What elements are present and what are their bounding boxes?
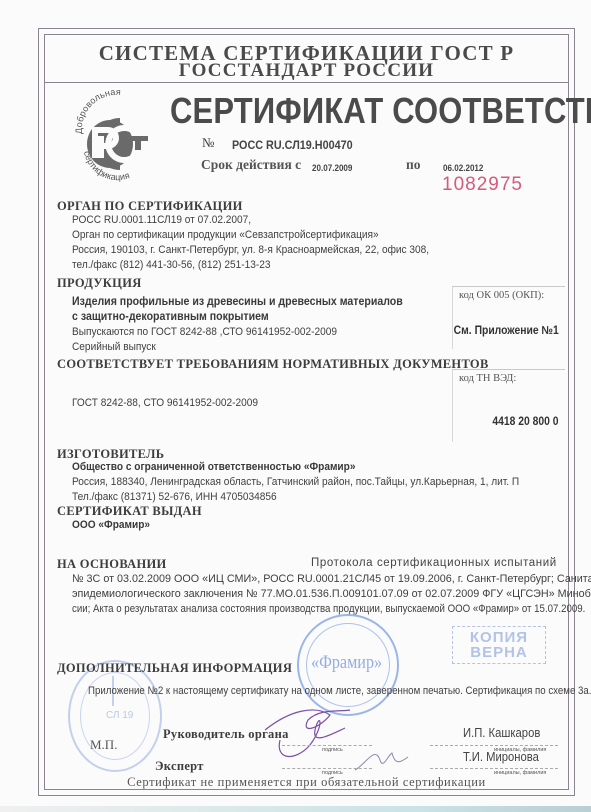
copy-certified-stamp: КОПИЯ ВЕРНА (452, 626, 546, 664)
form-serial-number: 1082975 (442, 174, 523, 196)
copy-stamp-line2: ВЕРНА (453, 645, 545, 660)
head-signature-caption: подпись (322, 747, 343, 753)
tnved-code-label: код ТН ВЭД: (459, 373, 516, 384)
expert-signature-icon (350, 735, 410, 775)
tnved-code-box: код ТН ВЭД: 4418 20 800 0 (452, 369, 565, 442)
basis-line: эпидемиологического заключения № 77.МО.0… (72, 588, 542, 600)
okp-code-box: код ОК 005 (ОКП): См. Приложение №1 (452, 286, 565, 349)
expert-name-line (430, 768, 558, 769)
basis-lead: Протокола сертификационных испытаний (311, 557, 557, 569)
stamp-place-label: М.П. (90, 737, 117, 753)
number-label: № (202, 135, 214, 151)
issued-to-name: ООО «Фрамир» (72, 519, 150, 531)
certificate-title: СЕРТИФИКАТ СООТВЕТСТВИЯ (170, 90, 591, 132)
framir-seal-text: «Фрамир» (311, 652, 382, 674)
head-signature-line (282, 745, 372, 746)
conformity-heading: СООТВЕТСТВУЕТ ТРЕБОВАНИЯМ НОРМАТИВНЫХ ДО… (57, 357, 489, 372)
manufacturer-heading: ИЗГОТОВИТЕЛЬ (57, 447, 164, 462)
expert-signature-line (282, 768, 372, 769)
manufacturer-address: Россия, 188340, Ленинградская область, Г… (72, 476, 519, 488)
additional-info-heading: ДОПОЛНИТЕЛЬНАЯ ИНФОРМАЦИЯ (57, 661, 292, 676)
system-title-line2: ГОССТАНДАРТ РОССИИ (44, 60, 569, 82)
manufacturer-contacts: Тел./факс (81371) 52-676, ИНН 4705034856 (72, 491, 277, 503)
head-name: И.П. Кашкаров (463, 726, 540, 740)
rst-voluntary-certification-logo-icon: Добровольная сертификация (70, 90, 160, 185)
basis-line: сии; Акта о результатах анализа состояни… (72, 603, 585, 615)
certification-body-line: РОСС RU.0001.11СЛ19 от 07.02.2007, (72, 214, 251, 226)
product-name-line2: с защитно-декоративным покрытием (72, 311, 269, 323)
header-divider (44, 82, 569, 83)
certification-body-line: Россия, 190103, г. Санкт-Петербург, ул. … (72, 244, 429, 256)
normative-documents: ГОСТ 8242-88, СТО 96141952-002-2009 (72, 397, 258, 409)
expert-name: Т.И. Миронова (463, 750, 539, 764)
manufacturer-name: Общество с ограниченной ответственностью… (72, 461, 355, 473)
okp-code-label: код ОК 005 (ОКП): (459, 290, 544, 301)
copy-stamp-line1: КОПИЯ (453, 630, 545, 645)
valid-to-date: 06.02.2012 (443, 163, 483, 174)
scan-edge-strip (0, 806, 591, 812)
tnved-code-value: 4418 20 800 0 (493, 416, 559, 428)
expert-label: Эксперт (155, 759, 204, 774)
basis-heading: НА ОСНОВАНИИ (57, 557, 167, 572)
issued-to-heading: СЕРТИФИКАТ ВЫДАН (57, 504, 202, 519)
certification-body-line: Орган по сертификации продукции «Севзапс… (72, 229, 379, 241)
product-standards: Выпускаются по ГОСТ 8242-88 ,СТО 9614195… (72, 326, 337, 338)
product-serial-production: Серийный выпуск (72, 341, 156, 353)
valid-to-label: по (406, 157, 421, 173)
product-heading: ПРОДУКЦИЯ (57, 276, 142, 291)
certification-body-heading: ОРГАН ПО СЕРТИФИКАЦИИ (57, 199, 243, 214)
certification-body-line: тел./факс (812) 441-30-56, (812) 251-13-… (72, 259, 270, 271)
okp-code-value: См. Приложение №1 (454, 325, 559, 337)
additional-info-text: Приложение №2 к настоящему сертификату н… (88, 685, 591, 697)
certification-body-seal: СЛ 19 (68, 660, 162, 772)
basis-line: № 3С от 03.02.2009 ООО «ИЦ СМИ», РОСС RU… (72, 573, 542, 585)
head-name-line (430, 745, 558, 746)
footer-note: Сертификат не применяется при обязательн… (44, 775, 569, 790)
certificate-number: РОСС RU.СЛ19.Н00470 (232, 138, 353, 152)
validity-label: Срок действия с (201, 157, 301, 173)
valid-from-date: 20.07.2009 (312, 163, 352, 174)
product-name-line1: Изделия профильные из древесины и древес… (72, 296, 403, 308)
seal-code: СЛ 19 (106, 710, 133, 721)
